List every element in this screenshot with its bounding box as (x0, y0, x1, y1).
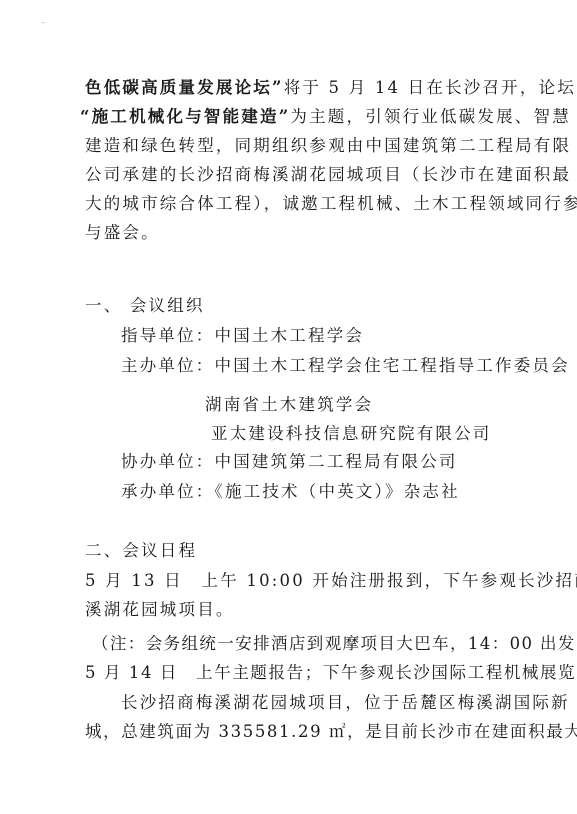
schedule-note: （注：会务组统一安排酒店到观摩项目大巴车，14：00 出发） (92, 634, 577, 654)
schedule-day1-cont: 溪湖花园城项目。 (85, 600, 235, 620)
org-label: 承办单位： (121, 482, 215, 501)
section1-heading: 一、 会议组织 (85, 296, 205, 316)
org-host-2: 湖南省土木建筑学会 (205, 395, 373, 415)
org-value: 中国建筑第二工程局有限公司 (215, 452, 458, 471)
org-label: 主办单位： (121, 356, 215, 375)
org-value: 中国土木工程学会 (215, 326, 365, 345)
org-label: 协办单位： (121, 452, 215, 471)
intro-line-1: 色低碳高质量发展论坛”将于 5 月 14 日在长沙召开，论坛以 (85, 78, 577, 98)
org-label: 指导单位： (121, 326, 215, 345)
intro-line-2: “施工机械化与智能建造”为主题，引领行业低碳发展、智慧 (80, 107, 571, 127)
org-co-host: 协办单位：中国建筑第二工程局有限公司 (121, 452, 458, 472)
schedule-day1: 5 月 13 日 上午 10:00 开始注册报到，下午参观长沙招商梅 (85, 571, 577, 591)
org-organizer: 承办单位：《施工技术（中英文）》杂志社 (121, 482, 460, 502)
project-description-2: 城，总建筑面为 335581.29 ㎡，是目前长沙市在建面积最大的 (85, 722, 577, 742)
intro-line-5: 大的城市综合体工程），诚邀工程机械、土木工程领域同行参 (85, 194, 577, 214)
org-value: 《施工技术（中英文）》杂志社 (215, 482, 460, 501)
intro-line-1-rest: 将于 5 月 14 日在长沙召开，论坛以 (284, 78, 577, 97)
scan-speck (42, 22, 44, 23)
project-description-1: 长沙招商梅溪湖花园城项目，位于岳麓区梅溪湖国际新 (121, 693, 570, 713)
forum-theme: “施工机械化与智能建造” (80, 107, 290, 126)
schedule-day2: 5 月 14 日 上午主题报告；下午参观长沙国际工程机械展览。 (85, 663, 577, 683)
org-host: 主办单位：中国土木工程学会住宅工程指导工作委员会 (121, 356, 570, 376)
org-guide: 指导单位：中国土木工程学会 (121, 326, 364, 346)
org-host-3: 亚太建设科技信息研究院有限公司 (211, 424, 492, 444)
intro-line-4: 公司承建的长沙招商梅溪湖花园城项目（长沙市在建面积最 (85, 165, 571, 185)
section2-heading: 二、会议日程 (85, 541, 197, 561)
forum-name-fragment: 色低碳高质量发展论坛” (85, 78, 284, 97)
intro-line-6: 与盛会。 (85, 223, 160, 243)
org-value: 中国土木工程学会住宅工程指导工作委员会 (215, 356, 570, 375)
intro-line-3: 建造和绿色转型，同期组织参观由中国建筑第二工程局有限 (85, 136, 571, 156)
intro-line-2-rest: 为主题，引领行业低碳发展、智慧 (290, 107, 571, 126)
